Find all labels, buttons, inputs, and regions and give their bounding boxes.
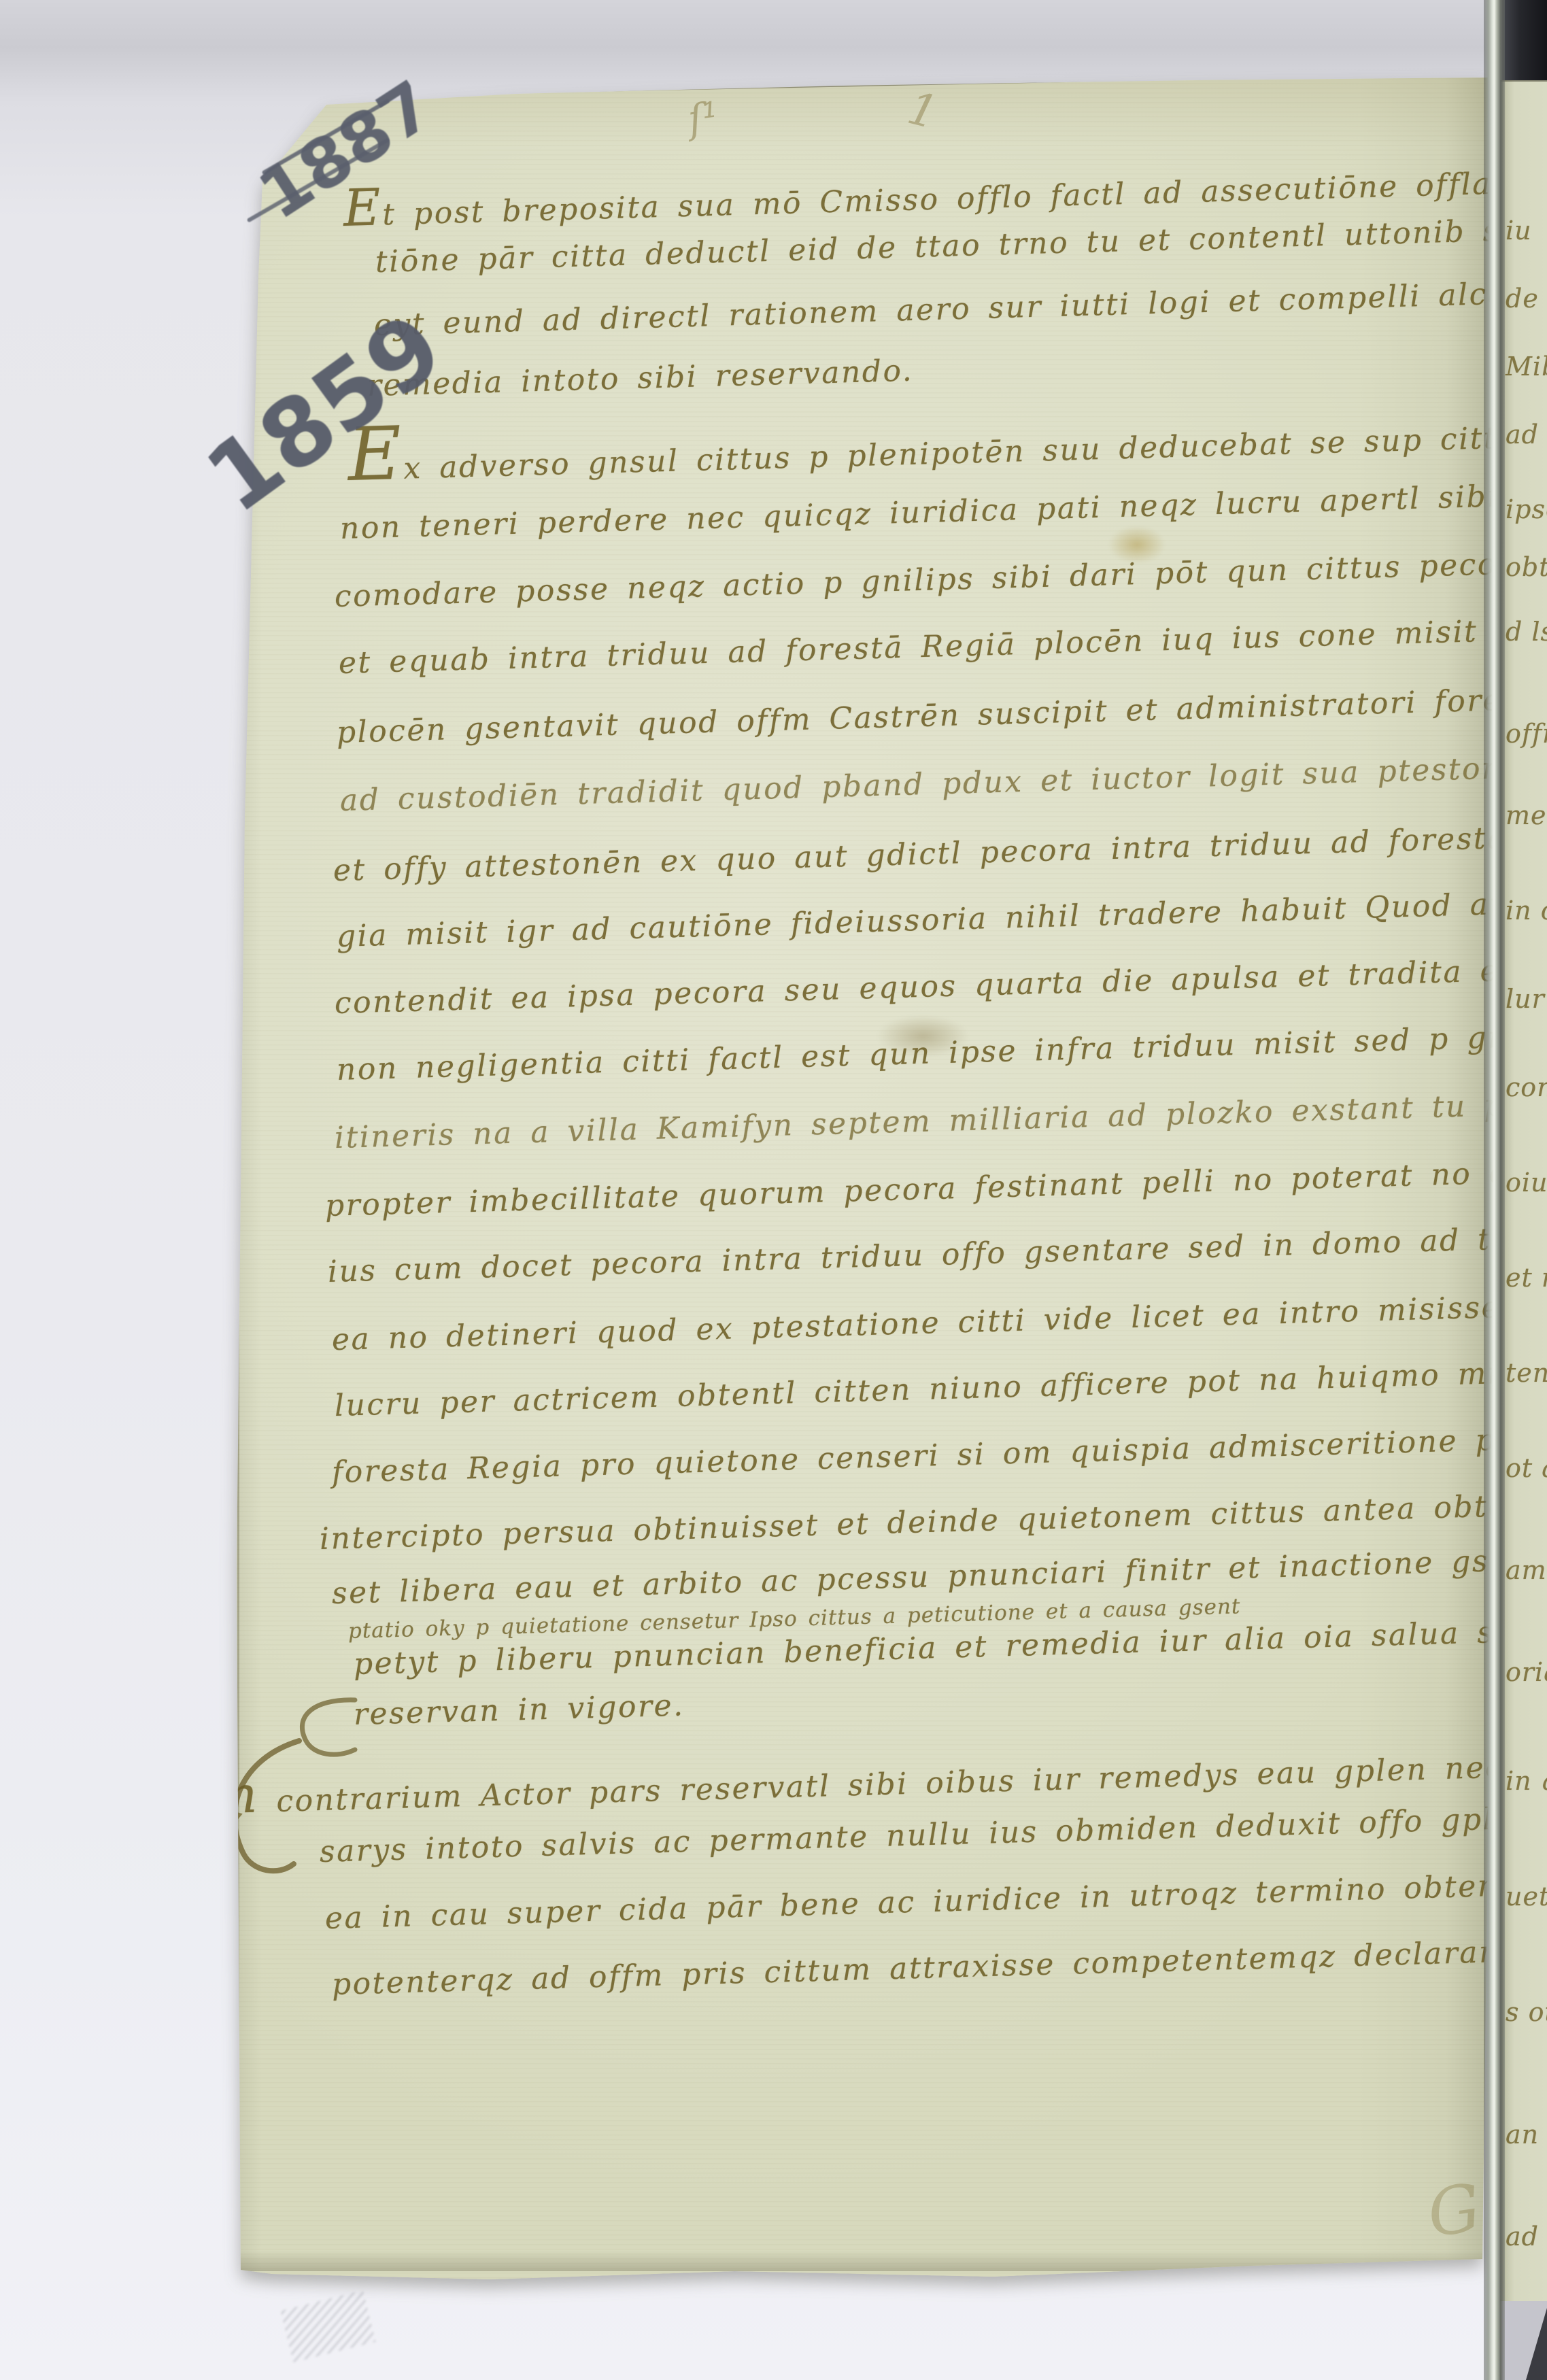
adjacent-text-fragment: s ot [1506, 1999, 1547, 2025]
adjacent-page-strip: iu de Mib ad ipso i obtinu d ls offm me … [1500, 80, 1547, 2302]
pencil-smudge [280, 2290, 375, 2362]
adjacent-text-fragment: obtinu [1506, 554, 1547, 580]
adjacent-text-fragment: iu [1506, 218, 1532, 243]
manuscript-line: non teneri perdere nec quicqz iuridica p… [339, 479, 1493, 545]
adjacent-text-fragment: d ls [1506, 619, 1547, 645]
manuscript-line: potenterqz ad offm pris cittum attraxiss… [331, 1933, 1493, 2001]
manuscript-line: Ex adverso gnsul cittus p plenipotēn suu… [347, 404, 1493, 487]
top-ink-mark: ſ¹ [685, 96, 721, 139]
adjacent-text-fragment: con d [1506, 1074, 1547, 1100]
manuscript-line: contendit ea ipsa pecora seu equos quart… [334, 952, 1493, 1020]
manuscript-line: ea in cau super cida pār bene ac iuridic… [324, 1865, 1493, 1936]
manuscript-line: propter imbecillitate quorum pecora fest… [324, 1155, 1493, 1223]
manuscript-line: foresta Regia pro quietone censeri si om… [331, 1421, 1493, 1489]
adjacent-text-fragment: in q [1506, 1768, 1547, 1794]
manuscript-line: lucru per actricem obtentl citten niuno … [334, 1355, 1493, 1423]
manuscript-line: gia misit igr ad cautiōne fideiussoria n… [336, 886, 1493, 953]
adjacent-text-fragment: lur [1506, 986, 1545, 1012]
page-top-edge [320, 73, 1493, 97]
glass-edge-bar [1484, 0, 1505, 2380]
manuscript-line: set libera eau et arbito ac pcessu pnunc… [331, 1543, 1493, 1610]
adjacent-text-fragment: in c [1506, 898, 1547, 923]
adjacent-text-fragment: offm [1506, 721, 1547, 747]
adjacent-text-fragment: ot a [1506, 1455, 1547, 1481]
adjacent-text-fragment: ad q [1506, 2224, 1547, 2249]
adjacent-text-fragment: am p [1506, 1557, 1547, 1583]
manuscript-line: reservan in vigore. [353, 1689, 685, 1731]
adjacent-text-fragment: an [1506, 2122, 1539, 2147]
adjacent-text-fragment: oria [1506, 1659, 1547, 1685]
adjacent-text-fragment: et r [1506, 1265, 1547, 1291]
manuscript-line: ad custodiēn tradidit quod pband pdux et… [339, 751, 1493, 817]
adjacent-text-fragment: Mib [1506, 354, 1547, 379]
adjacent-text-fragment: de [1506, 286, 1539, 311]
archive-photo-canvas: iu de Mib ad ipso i obtinu d ls offm me … [0, 0, 1547, 2380]
bottom-right-ink-mark: G [1424, 2175, 1484, 2247]
adjacent-text-fragment: ipso i [1506, 496, 1547, 522]
manuscript-line: ea no detineri quod ex ptestatione citti… [331, 1289, 1493, 1357]
dark-backdrop-top-right [1501, 0, 1547, 84]
manuscript-line: ius cum docet pecora intra triduu offo g… [327, 1221, 1493, 1289]
manuscript-line: itineris na a villa Kamifyn septem milli… [334, 1089, 1493, 1155]
manuscript-line: comodare posse neqz actio p gnilips sibi… [334, 544, 1493, 613]
manuscript-line: et equab intra triduu ad forestā Regiā p… [338, 609, 1493, 680]
page-bottom-shadow [237, 2251, 1488, 2271]
adjacent-text-fragment: ad [1506, 422, 1539, 447]
adjacent-text-fragment: ten [1506, 1360, 1547, 1386]
manuscript-line: plocēn gsentavit quod offm Castrēn susci… [336, 680, 1493, 749]
manuscript-line: eyt eund ad directl rationem aero sur iu… [373, 275, 1493, 342]
top-ink-mark: 1 [904, 86, 942, 136]
manuscript-line: intercipto persua obtinuisset et deinde … [319, 1486, 1493, 1557]
manuscript-line: et offy attestonēn ex quo aut gdictl pec… [333, 820, 1493, 887]
adjacent-text-fragment: uet [1506, 1884, 1547, 1909]
adjacent-text-fragment: oium [1506, 1170, 1547, 1195]
adjacent-text-fragment: me o [1506, 802, 1547, 828]
